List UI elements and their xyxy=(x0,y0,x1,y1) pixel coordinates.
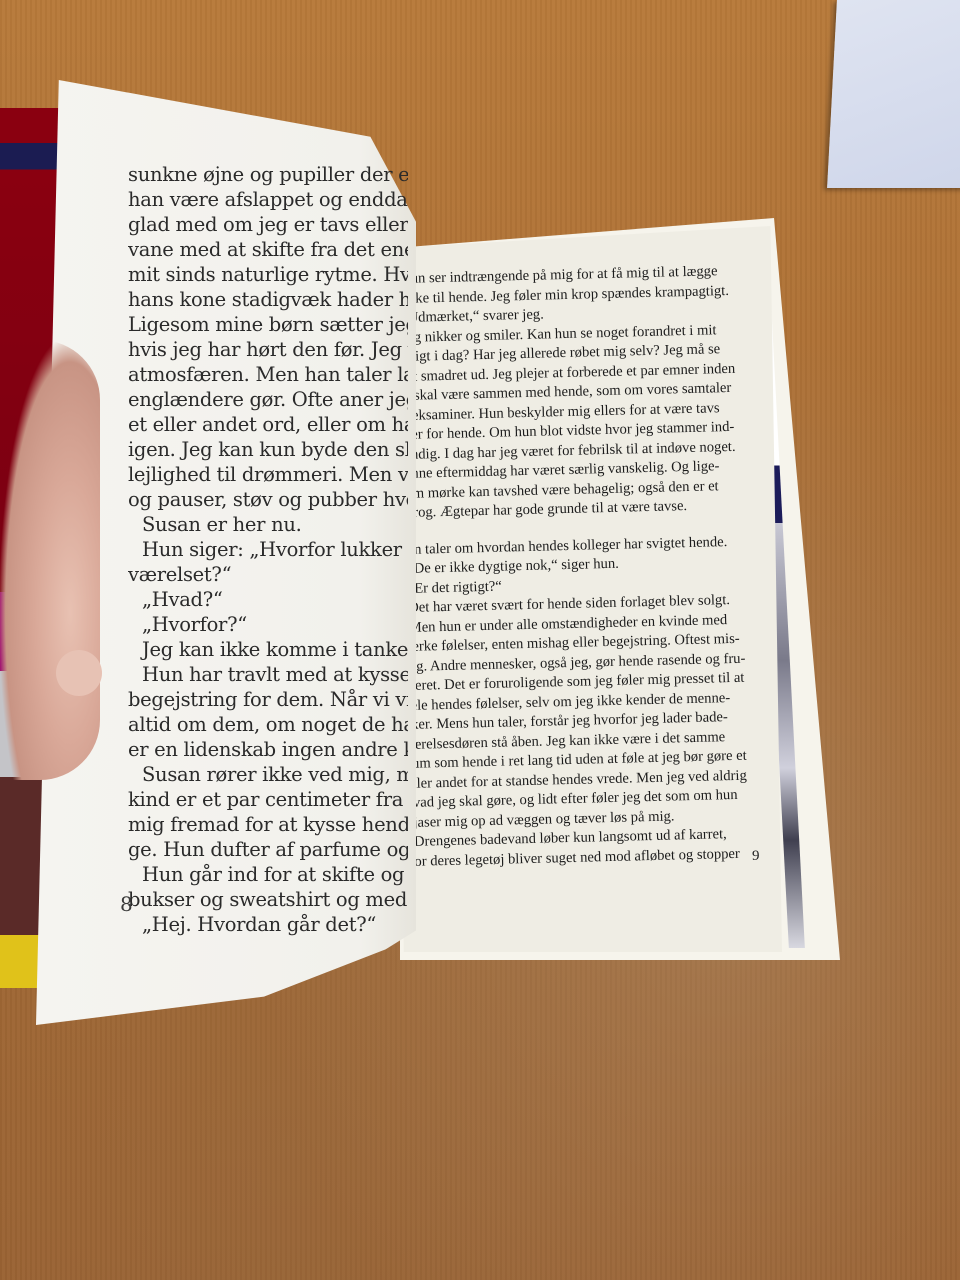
text-line: ge. Hun dufter af parfume og af gaden. xyxy=(128,837,408,862)
text-line: er en lidenskab ingen andre kan dele ell… xyxy=(128,737,408,762)
text-line: Hun siger: „Hvorfor lukker du aldrig d xyxy=(128,537,408,562)
thumb xyxy=(0,340,100,780)
text-line: englændere gør. Ofte aner jeg ikke om ha xyxy=(128,387,408,412)
text-line: „Hvad?“ xyxy=(128,587,408,612)
text-line: hans kone stadigvæk hader ham, fortæller xyxy=(128,287,408,312)
text-line: hvis jeg har hørt den før. Jeg vil have … xyxy=(128,337,408,362)
text-line: glad med om jeg er tavs eller talende. H xyxy=(128,212,408,237)
text-line: „Hej. Hvordan går det?“ xyxy=(128,912,408,937)
text-line: Hun går ind for at skifte og kommer til xyxy=(128,862,408,887)
text-line: altid om dem, om noget de har sagt eller… xyxy=(128,712,408,737)
text-line: igen. Jeg kan kun byde den slags pauser … xyxy=(128,437,408,462)
text-line: sunkne øjne og pupiller der er store af … xyxy=(128,162,408,187)
text-line: Jeg kan ikke komme i tanker om nogen g xyxy=(128,637,408,662)
text-line: Susan er her nu. xyxy=(128,512,408,537)
page-number-right: 9 xyxy=(752,848,760,865)
text-line: Susan rører ikke ved mig, men bøjer sig xyxy=(128,762,408,787)
text-line: bukser og sweatshirt og med et glas vin … xyxy=(128,887,408,912)
envelope xyxy=(827,0,960,188)
text-line: „Hvorfor?“ xyxy=(128,612,408,637)
text-line: begejstring for dem. Når vi virkelig tal… xyxy=(128,687,408,712)
text-line: og pauser, støv og pubber hver eneste da… xyxy=(128,487,408,512)
text-line: mig fremad for at kysse hende og derved … xyxy=(128,812,408,837)
text-line: kind er et par centimeter fra mine læber… xyxy=(128,787,408,812)
text-line: han være afslappet og endda underholdend… xyxy=(128,187,408,212)
text-line: Ligesom mine børn sætter jeg pris på en … xyxy=(128,312,408,337)
text-line: mit sinds naturlige rytme. Hvis jeg spør… xyxy=(128,262,408,287)
text-line: værelset?“ xyxy=(128,562,408,587)
text-line: atmosfæren. Men han taler langsomt, s xyxy=(128,362,408,387)
text-line: vane med at skifte fra det ene emne til … xyxy=(128,237,408,262)
right-page-text: Hun ser indtrængende på mig for at få mi… xyxy=(400,261,785,872)
text-line: lejlighed til drømmeri. Men vil jeg have… xyxy=(128,462,408,487)
text-line: Hun har travlt med at kysse børnene. Jeg xyxy=(128,662,408,687)
left-page-text: sunkne øjne og pupiller der er store af … xyxy=(128,162,408,937)
page-number-left: 8 xyxy=(120,892,133,916)
thumbnail xyxy=(56,650,102,696)
text-line: et eller andet ord, eller om han måske a… xyxy=(128,412,408,437)
